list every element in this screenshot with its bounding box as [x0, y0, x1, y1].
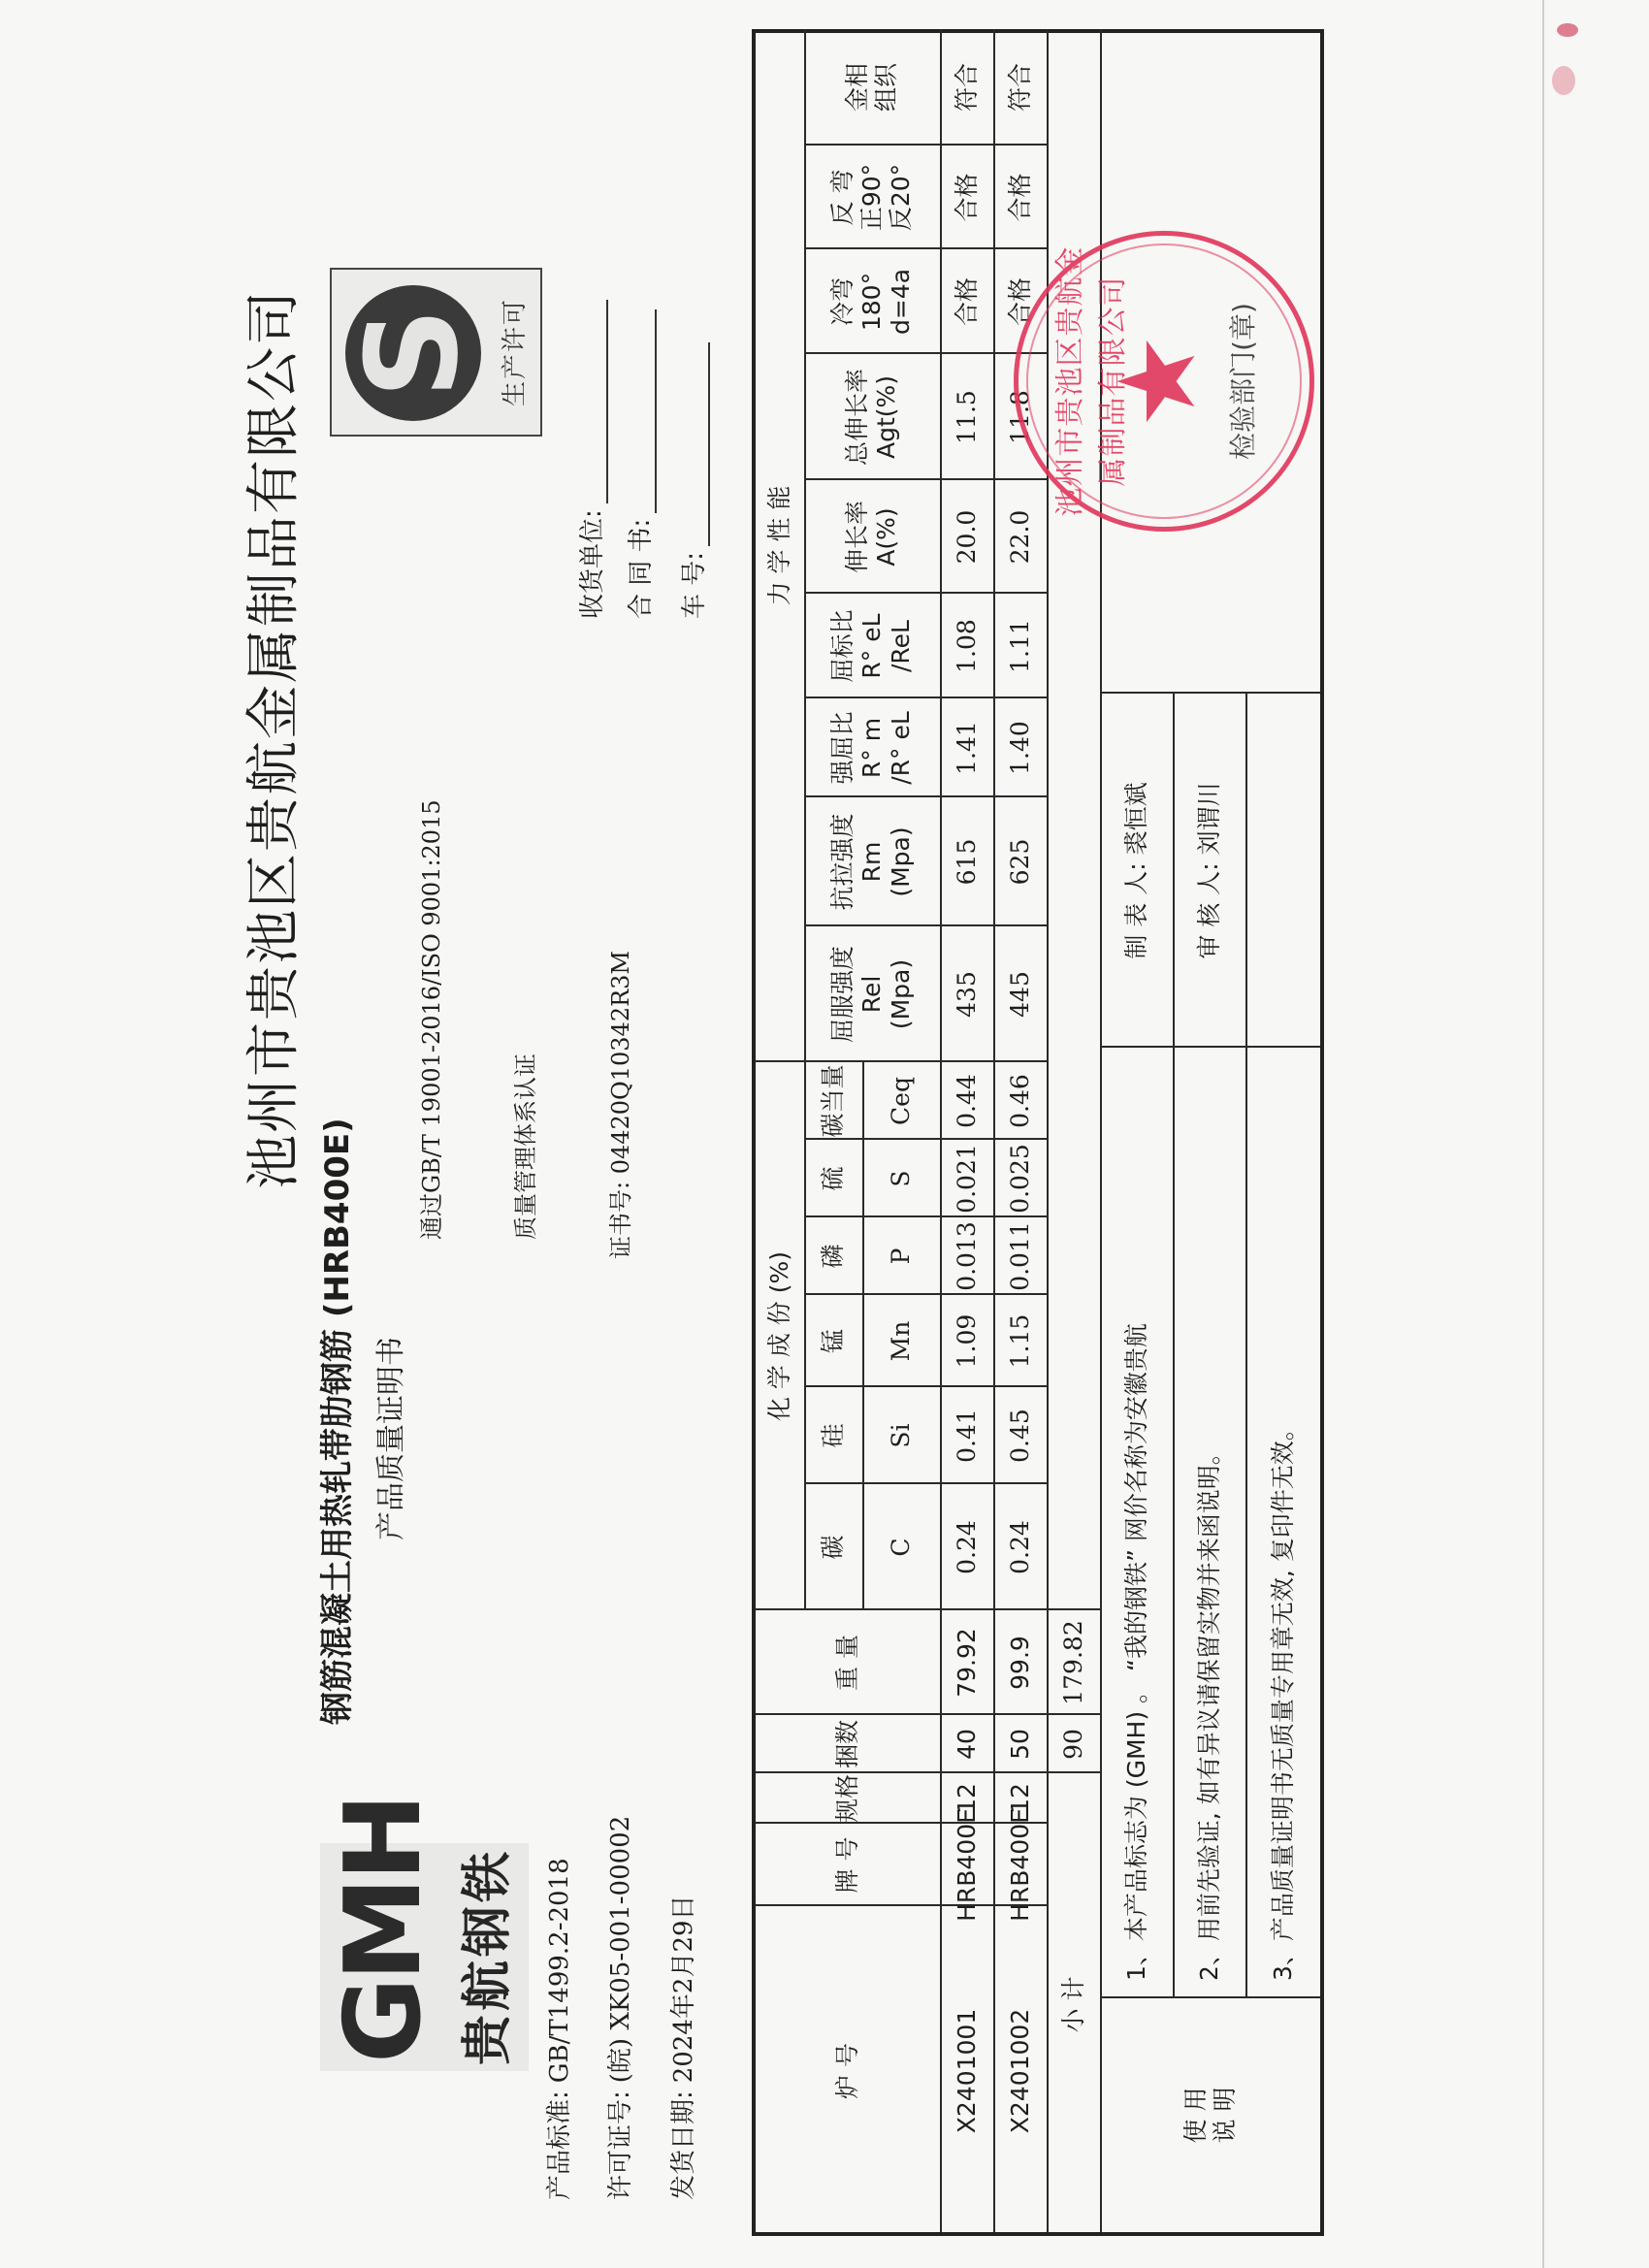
- note-item: 2、用前先验证, 如有异议请保留实物并来函说明。: [1173, 1048, 1245, 1998]
- note-item: 3、产品质量证明书无质量专用章无效, 复印件无效。: [1245, 1048, 1320, 1998]
- table-cell-heat: X2401001: [940, 1906, 993, 2236]
- column-header-s: 硫: [804, 1140, 862, 1217]
- table-rule: [804, 795, 1047, 797]
- table-rule: [804, 924, 1047, 926]
- table-cell-ceq: 0.46: [993, 1062, 1047, 1140]
- column-header-bundles: 捆数: [756, 1715, 940, 1773]
- column-symbol-mn: Mn: [862, 1295, 940, 1387]
- table-cell-metal: 符合: [940, 29, 993, 146]
- table-cell-weight: 99.9: [993, 1610, 1047, 1715]
- table-cell-size: 12: [940, 1773, 993, 1824]
- contract-field[interactable]: 合 同 书:: [621, 309, 657, 619]
- group-header-chemical: 化 学 成 份 (%): [756, 1062, 804, 1610]
- column-header-ratio2: 屈标比R° eL/ReL: [804, 594, 940, 698]
- logo-name: 贵航钢铁: [454, 1844, 522, 2065]
- column-header-agt: 总伸长率Agt(%): [804, 354, 940, 480]
- table-cell-s: 0.021: [940, 1140, 993, 1217]
- table-rule: [756, 1713, 1047, 1715]
- table-cell-ratio2: 1.08: [940, 594, 993, 698]
- table-rule: [804, 1385, 1047, 1387]
- table-rule: [804, 1138, 1047, 1140]
- paper-edge: [1542, 0, 1544, 2268]
- vehicle-number-field[interactable]: 车 号:: [674, 342, 710, 619]
- column-symbol-c: C: [862, 1484, 940, 1610]
- table-cell-a: 20.0: [940, 480, 993, 594]
- table-rule: [993, 29, 995, 2232]
- gmh-logo: GMH 贵航钢铁: [320, 1843, 529, 2071]
- table-cell-rel: 435: [940, 926, 993, 1062]
- product-subtitle: 钢筋混凝土用热轧带肋钢筋 (HRB400E): [310, 1118, 358, 1725]
- column-header-bend: 冷弯180°d=4a: [804, 249, 940, 354]
- table-cell-rebend: 合格: [940, 146, 993, 249]
- table-rule: [1047, 1713, 1100, 1715]
- table-cell-grade: HRB400E: [993, 1824, 1047, 1906]
- license-label: 生产许可: [495, 270, 531, 435]
- table-rule: [756, 1060, 1047, 1062]
- iso-certification: 通过GB/T 19001-2016/ISO 9001:2015: [412, 799, 446, 1240]
- column-header-rm: 抗拉强度Rm(Mpa): [804, 797, 940, 926]
- table-cell-heat: X2401002: [993, 1906, 1047, 2236]
- table-cell-s: 0.025: [993, 1140, 1047, 1217]
- table-cell-weight: 79.92: [940, 1610, 993, 1715]
- table-cell-rm: 615: [940, 797, 993, 926]
- table-cell-bundles: 50: [993, 1715, 1047, 1773]
- table-rule: [756, 1904, 1047, 1906]
- table-cell-size: 12: [993, 1773, 1047, 1824]
- column-symbol-si: Si: [862, 1387, 940, 1484]
- table-cell-ratio2: 1.11: [993, 594, 1047, 698]
- table-rule: [804, 352, 1047, 354]
- table-rule: [804, 478, 1047, 480]
- table-cell-rel: 445: [993, 926, 1047, 1062]
- table-rule: [804, 592, 1047, 594]
- table-cell-si: 0.41: [940, 1387, 993, 1484]
- table-cell-rm: 625: [993, 797, 1047, 926]
- table-rule: [804, 144, 1047, 146]
- table-rule: [1047, 1771, 1100, 1773]
- table-cell-c: 0.24: [993, 1484, 1047, 1610]
- table-rule: [804, 697, 1047, 698]
- license-s-icon: S: [339, 285, 485, 421]
- table-rule: [756, 1771, 1047, 1773]
- star-icon: ★: [1104, 236, 1211, 527]
- column-header-rel: 屈服强度Rel(Mpa): [804, 926, 940, 1062]
- column-header-metal: 金相组织: [804, 29, 940, 146]
- note-item: 1、本产品标志为 (GMH) 。 “我的钢铁” 网价名称为安徽贵航: [1100, 1048, 1173, 1998]
- red-mark: [1557, 23, 1578, 37]
- license-number: 许可证号:(皖) XK05-001-00002: [606, 1816, 635, 2200]
- table-rule: [1173, 694, 1175, 1998]
- notes-label: 使 用说 明: [1100, 1998, 1320, 2232]
- table-rule: [1100, 692, 1320, 694]
- column-header-si: 硅: [804, 1387, 862, 1484]
- table-rule: [804, 1293, 1047, 1295]
- logo-letters: GMH: [326, 1848, 442, 2063]
- column-header-grade: 牌 号: [756, 1824, 940, 1906]
- table-cell-bend: 合格: [940, 249, 993, 354]
- column-header-heat: 炉 号: [756, 1906, 940, 2236]
- table-rule: [862, 1062, 864, 1610]
- table-cell-ratio1: 1.41: [940, 698, 993, 797]
- quality-certificate-document: GMH 贵航钢铁 产品标准:GB/T1499.2-2018 许可证号:(皖) X…: [0, 0, 1649, 2268]
- inspection-stamp: 池州市贵池区贵航金属制品有限公司 ★ 检验部门(章): [1014, 231, 1314, 532]
- column-header-ceq: 碳当量: [804, 1062, 862, 1140]
- table-rule: [804, 29, 806, 1610]
- column-header-size: 规格: [756, 1773, 940, 1824]
- table-rule: [756, 1608, 1047, 1610]
- column-header-ratio1: 强屈比R° m/R° eL: [804, 698, 940, 797]
- column-symbol-ceq: Ceq: [862, 1062, 940, 1140]
- preparer-signature: 制 表 人: 裘恒斌: [1100, 694, 1173, 1048]
- table-cell-ratio1: 1.40: [993, 698, 1047, 797]
- table-rule: [1245, 694, 1247, 1998]
- table-cell-p: 0.013: [940, 1217, 993, 1295]
- table-cell-c: 0.24: [940, 1484, 993, 1610]
- table-cell-mn: 1.15: [993, 1295, 1047, 1387]
- red-mark: [1552, 66, 1575, 95]
- subtotal-bundles: 90: [1047, 1715, 1100, 1773]
- table-rule: [940, 29, 942, 2232]
- column-header-weight: 重 量: [756, 1610, 940, 1715]
- column-header-a: 伸长率A(%): [804, 480, 940, 594]
- stamp-dept: 检验部门(章): [1222, 236, 1261, 527]
- product-standard: 产品标准:GB/T1499.2-2018: [545, 1858, 574, 2200]
- column-header-mn: 锰: [804, 1295, 862, 1387]
- certificate-number: 证书号: 04420Q10342R3M: [601, 951, 635, 1259]
- table-cell-a: 22.0: [993, 480, 1047, 594]
- production-license-mark: S 生产许可: [330, 268, 542, 437]
- table-rule: [804, 1215, 1047, 1217]
- table-cell-si: 0.45: [993, 1387, 1047, 1484]
- table-cell-p: 0.011: [993, 1217, 1047, 1295]
- qms-certification: 质量管理体系认证: [506, 1053, 540, 1240]
- table-rule: [804, 1482, 1047, 1484]
- table-cell-ceq: 0.44: [940, 1062, 993, 1140]
- subtotal-weight: 179.82: [1047, 1610, 1100, 1715]
- column-header-rebend: 反 弯正90°反20°: [804, 146, 940, 249]
- receiving-unit-field[interactable]: 收货单位:: [572, 300, 608, 619]
- table-rule: [804, 247, 1047, 249]
- subtotal-label: 小 计: [1047, 1773, 1100, 2236]
- table-cell-agt: 11.5: [940, 354, 993, 480]
- table-rule: [1047, 1608, 1100, 1610]
- company-title: 池州市贵池区贵航金属制品有限公司: [231, 289, 308, 2239]
- table-cell-mn: 1.09: [940, 1295, 993, 1387]
- table-cell-metal: 符合: [993, 29, 1047, 146]
- table-rule: [1100, 1996, 1320, 1998]
- column-symbol-p: P: [862, 1217, 940, 1295]
- table-cell-bundles: 40: [940, 1715, 993, 1773]
- ship-date: 发货日期:2024年2月29日: [669, 1895, 698, 2200]
- column-header-p: 磷: [804, 1217, 862, 1295]
- column-symbol-s: S: [862, 1140, 940, 1217]
- table-cell-grade: HRB400E: [940, 1824, 993, 1906]
- table-cell-rebend: 合格: [993, 146, 1047, 249]
- document-name: 产品质量证明书: [367, 1337, 409, 1540]
- column-header-c: 碳: [804, 1484, 862, 1610]
- reviewer-signature: 审 核 人: 刘谓川: [1173, 694, 1245, 1048]
- table-rule: [1100, 1046, 1320, 1048]
- group-header-mechanical: 力 学 性 能: [756, 29, 804, 1062]
- table-rule: [756, 1822, 1047, 1824]
